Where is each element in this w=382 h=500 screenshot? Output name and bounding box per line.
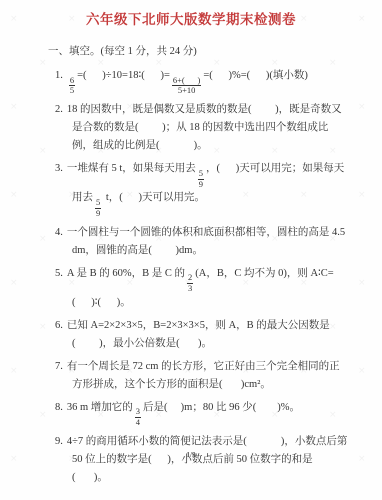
fraction: 6+( )5+10 bbox=[172, 76, 201, 97]
question-number: 7. bbox=[55, 361, 63, 372]
fraction: 34 bbox=[135, 407, 141, 428]
question-number: 2. bbox=[55, 104, 63, 115]
question-2: 2.18 的因数中，既是偶数又是质数的数是( )，既是奇数又是合数的数是( )；… bbox=[55, 101, 348, 155]
exam-page: ××××××××××××××××××××××××××××××××××××××××… bbox=[0, 0, 382, 500]
question-8: 8.36 m 增加它的34后是( )m；80 比 96 少( )%。 bbox=[55, 399, 348, 428]
question-number: 8. bbox=[55, 402, 63, 413]
page-content: 六年级下北师大版数学期末检测卷 一、填空。(每空 1 分，共 24 分) 1.6… bbox=[0, 0, 382, 487]
fraction: 65 bbox=[69, 76, 75, 97]
question-4: 4.一个圆柱与一个圆锥的体积和底面积都相等，圆柱的高是 4.5 dm，圆锥的高是… bbox=[55, 224, 348, 260]
question-5: 5.A 是 B 的 60%，B 是 C 的23(A，B，C 均不为 0)，则 A… bbox=[55, 265, 348, 312]
question-number: 4. bbox=[55, 227, 63, 238]
question-3: 3.一堆煤有 5 t，如果每天用去59，( )天可以用完；如果每天用去59 t，… bbox=[55, 160, 348, 218]
question-7: 7.有一个周长是 72 cm 的长方形，它正好由三个完全相同的正方形拼成，这个长… bbox=[55, 358, 348, 394]
question-number: 9. bbox=[55, 436, 63, 447]
section-header: 一、填空。(每空 1 分，共 24 分) bbox=[48, 43, 382, 58]
question-number: 5. bbox=[55, 268, 63, 279]
questions: 1.65=( )÷10=18∶( )=6+( )5+10=( )%=( )(填小… bbox=[55, 67, 348, 487]
question-number: 6. bbox=[55, 320, 63, 331]
question-1: 1.65=( )÷10=18∶( )=6+( )5+10=( )%=( )(填小… bbox=[55, 67, 348, 96]
question-9: 9.4÷7 的商用循环小数的简便记法表示是( )，小数点后第 50 位上的数字是… bbox=[55, 433, 348, 487]
fraction: 59 bbox=[198, 169, 204, 190]
fraction: 59 bbox=[95, 198, 101, 219]
question-number: 1. bbox=[55, 70, 63, 81]
question-number: 3. bbox=[55, 163, 63, 174]
fraction: 23 bbox=[187, 273, 193, 294]
page-title: 六年级下北师大版数学期末检测卷 bbox=[0, 0, 382, 28]
question-6: 6.已知 A=2×2×3×5，B=2×3×3×5，则 A，B 的最大公因数是( … bbox=[55, 317, 348, 353]
page-number: 1/9 bbox=[0, 451, 382, 459]
